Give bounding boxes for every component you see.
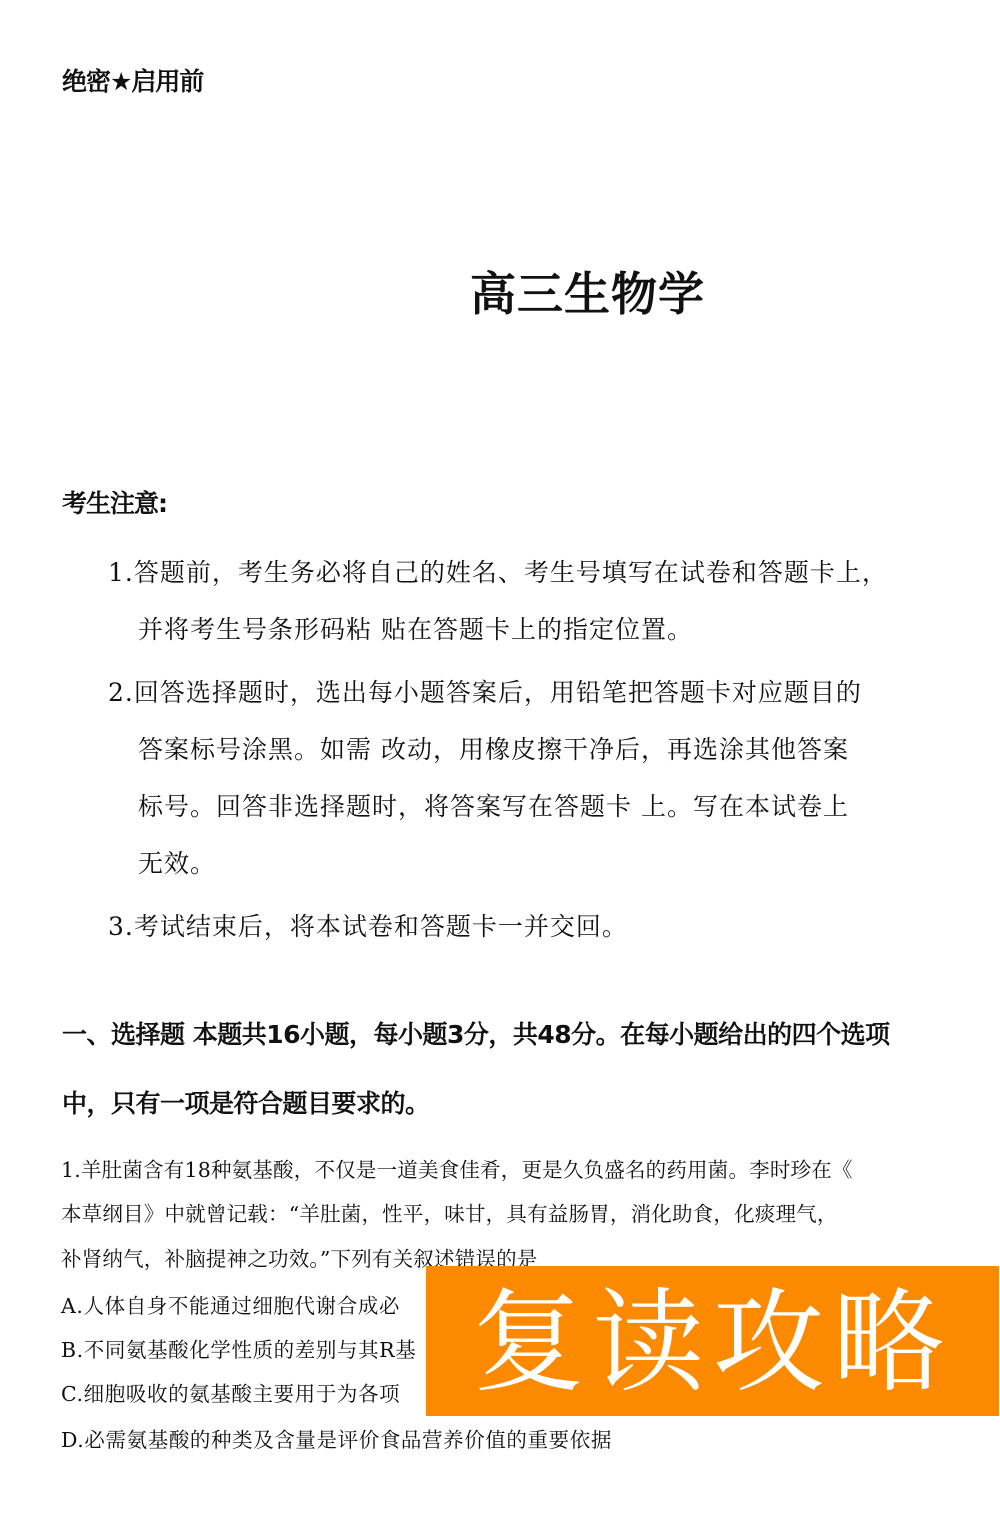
notice-line: 2.回答选择题时，选出每小题答案后，用铅笔把答题卡对应题目的	[108, 673, 862, 709]
exam-title: 高三生物学	[470, 258, 705, 324]
option-text: 人体自身不能通过细胞代谢合成必	[84, 1294, 401, 1318]
question-stem-line: 1.羊肚菌含有18种氨基酸，不仅是一道美食佳肴，更是久负盛名的药用菌。李时珍在《	[61, 1153, 853, 1183]
notice-line: 答案标号涂黑。如需 改动，用橡皮擦干净后，再选涂其他答案	[138, 730, 849, 766]
option-text: 不同氨基酸化学性质的差别与其R基	[84, 1338, 417, 1362]
notice-line: 无效。	[138, 844, 216, 880]
notice-line: 1.答题前，考生务必将自己的姓名、考生号填写在试卷和答题卡上，	[108, 553, 888, 589]
option-c: C.细胞吸收的氨基酸主要用于为各项	[61, 1377, 400, 1407]
option-label: D.	[61, 1428, 84, 1452]
question-stem-line: 本草纲目》中就曾记载：“羊肚菌，性平，味甘，具有益肠胃，消化助食，化痰理气，	[61, 1197, 838, 1227]
watermark-banner: 复读攻略	[426, 1266, 999, 1416]
option-label: C.	[61, 1382, 84, 1406]
option-text: 必需氨基酸的种类及含量是评价食品营养价值的重要依据	[84, 1428, 612, 1452]
option-label: A.	[61, 1294, 84, 1318]
option-label: B.	[61, 1338, 84, 1362]
confidential-label: 绝密★启用前	[62, 62, 203, 98]
notice-line: 3.考试结束后，将本试卷和答题卡一并交回。	[108, 907, 628, 943]
option-text: 细胞吸收的氨基酸主要用于为各项	[84, 1382, 401, 1406]
notice-line: 标号。回答非选择题时，将答案写在答题卡 上。写在本试卷上	[138, 787, 849, 823]
option-b: B.不同氨基酸化学性质的差别与其R基	[61, 1333, 416, 1363]
notice-line: 并将考生号条形码粘 贴在答题卡上的指定位置。	[138, 610, 693, 646]
option-d: D.必需氨基酸的种类及含量是评价食品营养价值的重要依据	[61, 1423, 612, 1453]
section-heading-line: 一、选择题 本题共16小题，每小题3分，共48分。在每小题给出的四个选项	[62, 1015, 890, 1051]
notice-heading: 考生注意:	[62, 484, 167, 520]
section-heading-line: 中，只有一项是符合题目要求的。	[62, 1084, 430, 1120]
watermark-text: 复读攻略	[473, 1287, 953, 1399]
option-a: A.人体自身不能通过细胞代谢合成必	[61, 1289, 400, 1319]
